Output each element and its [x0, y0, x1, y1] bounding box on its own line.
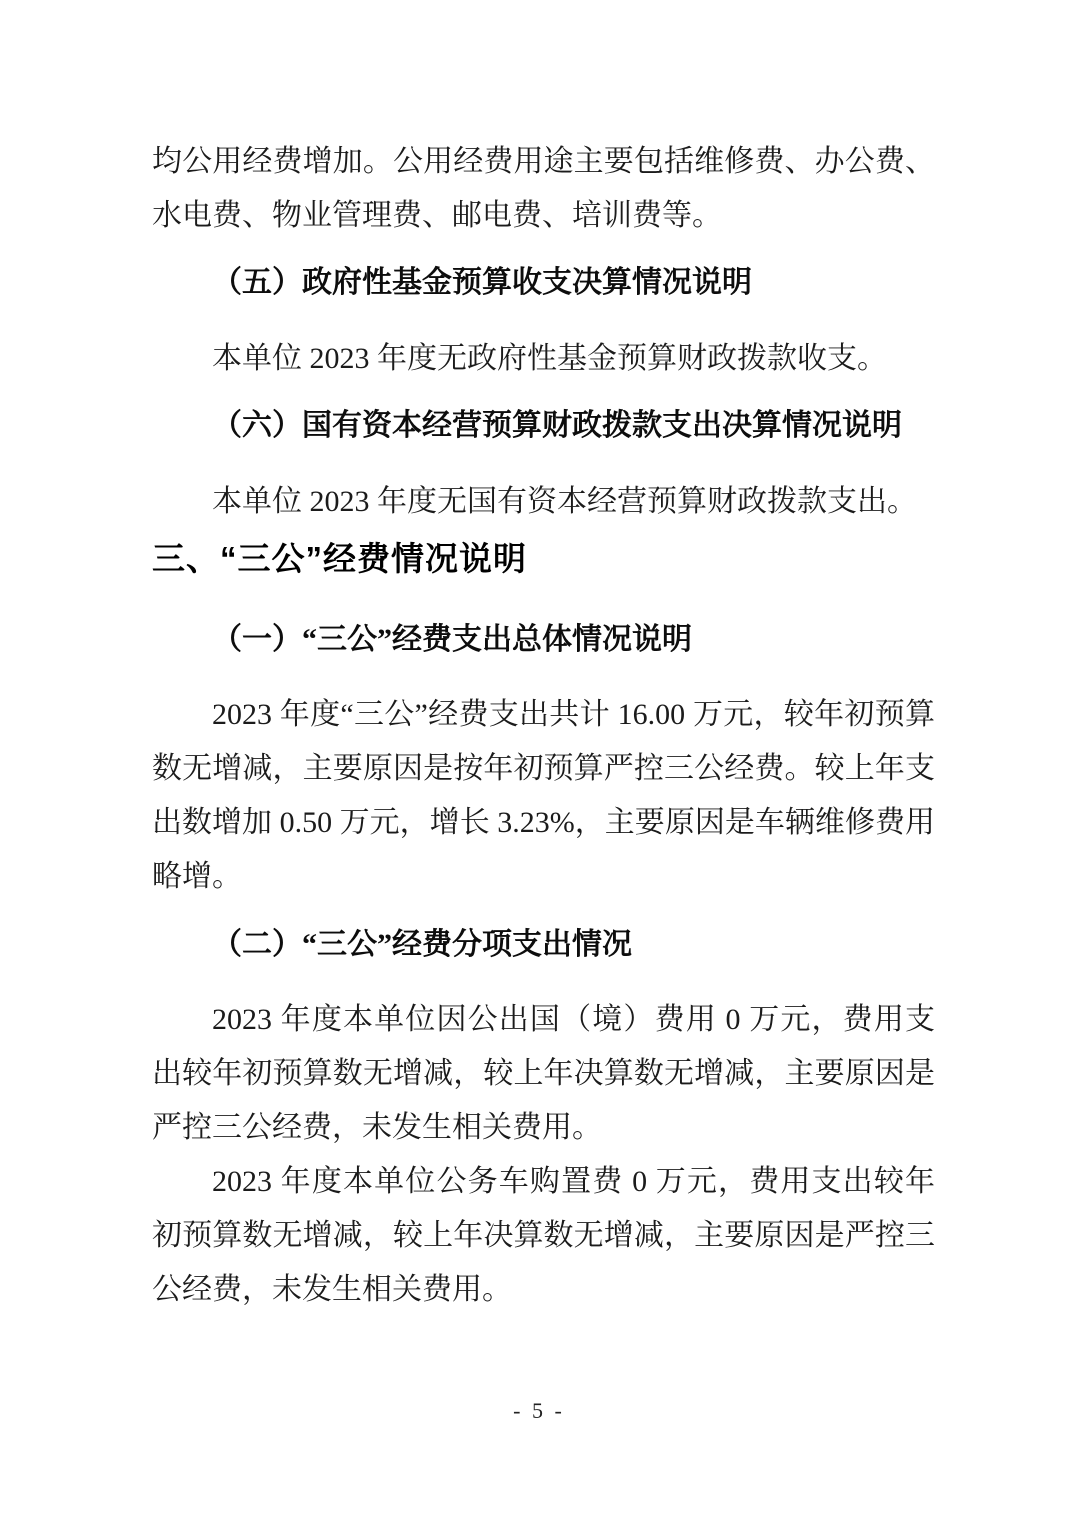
- paragraph-public-funds-usage: 均公用经费增加。公用经费用途主要包括维修费、办公费、水电费、物业管理费、邮电费、…: [152, 135, 935, 243]
- heading-subsection-1-overall-expenditure: （一）“三公”经费支出总体情况说明: [152, 613, 935, 667]
- page-number: - 5 -: [0, 1398, 1075, 1424]
- paragraph-overseas-travel-expense: 2023 年度本单位因公出国（境）费用 0 万元，费用支出较年初预算数无增减，较…: [152, 993, 935, 1155]
- heading-subsection-2-itemized-expenditure: （二）“三公”经费分项支出情况: [152, 918, 935, 972]
- paragraph-no-government-fund-budget: 本单位 2023 年度无政府性基金预算财政拨款收支。: [152, 332, 935, 386]
- heading-chapter-3-three-public-expenses: 三、“三公”经费情况说明: [152, 532, 935, 586]
- paragraph-overall-three-public-expenditure: 2023 年度“三公”经费支出共计 16.00 万元，较年初预算数无增减，主要原…: [152, 688, 935, 904]
- paragraph-no-state-capital-expenditure: 本单位 2023 年度无国有资本经营预算财政拨款支出。: [152, 475, 935, 529]
- heading-section-6-state-capital-budget: （六）国有资本经营预算财政拨款支出决算情况说明: [152, 399, 935, 453]
- paragraph-official-vehicle-purchase-expense: 2023 年度本单位公务车购置费 0 万元，费用支出较年初预算数无增减，较上年决…: [152, 1155, 935, 1317]
- document-page: 均公用经费增加。公用经费用途主要包括维修费、办公费、水电费、物业管理费、邮电费、…: [0, 0, 1075, 1520]
- heading-section-5-government-fund-budget: （五）政府性基金预算收支决算情况说明: [152, 256, 935, 310]
